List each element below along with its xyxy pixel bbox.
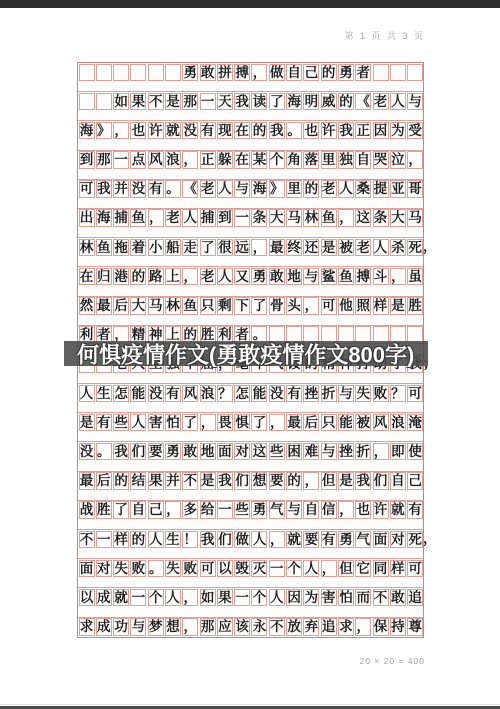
grid-cell: 面 [373, 531, 389, 549]
grid-cell: 归 [96, 268, 112, 286]
grid-cell: 船 [165, 239, 181, 257]
grid-cell: ， [148, 209, 164, 227]
grid-cell: 捕 [113, 209, 129, 227]
grid-spacer-row [78, 520, 423, 530]
grid-cell: 明 [303, 93, 319, 111]
watermark-title: 何惧疫情作文(勇敢疫情作文800字) [77, 338, 414, 369]
grid-cell: 威 [321, 93, 337, 111]
essay-line: 不一样的人生！我们做人，就要有勇气面对死， [78, 530, 423, 559]
grid-cell: 可 [407, 560, 423, 578]
grid-cell: 怕 [165, 414, 181, 432]
grid-row: 求成功与梦想，那应该永不放弃追求，保持尊 [78, 618, 423, 637]
grid-cell: 马 [407, 209, 423, 227]
grid-cell: 人 [251, 531, 267, 549]
grid-cell: ， [407, 151, 423, 169]
grid-spacer-row [78, 578, 423, 588]
grid-cell: 正 [200, 151, 216, 169]
grid-cell: 为 [303, 589, 319, 607]
grid-cell: 拖 [113, 239, 129, 257]
grid-cell: 可 [200, 560, 216, 578]
grid-cell: 角 [286, 151, 302, 169]
essay-line: 最后的结果并不是我们想要的，但是我们自己 [78, 472, 423, 501]
grid-cell: 人 [373, 239, 389, 257]
grid-spacer-row [78, 257, 423, 267]
grid-cell: 就 [165, 122, 181, 140]
grid-cell: 了 [182, 414, 198, 432]
grid-cell: 在 [79, 268, 95, 286]
grid-cell: 做 [269, 64, 285, 82]
grid-cell: 我 [96, 180, 112, 198]
grid-cell: 以 [217, 560, 233, 578]
grid-spacer-row [78, 403, 423, 413]
grid-cell: 哥 [407, 180, 423, 198]
grid-cell: 也 [303, 122, 319, 140]
grid-cell: 使 [407, 443, 423, 461]
grid-cell: 那 [182, 93, 198, 111]
essay-line: 面对失败。失败可以毁灭一个人，但它同样可 [78, 559, 423, 588]
grid-cell: 即 [390, 443, 406, 461]
grid-cell: 怎 [113, 385, 129, 403]
grid-cell: ， [355, 618, 371, 636]
grid-cell: 与 [407, 93, 423, 111]
grid-cell: 骨 [269, 297, 285, 315]
grid-cell: 它 [355, 560, 371, 578]
grid-cell: 浪 [165, 151, 181, 169]
grid-cell: 落 [303, 151, 319, 169]
grid-cell: 给 [200, 501, 216, 519]
grid-cell: 并 [113, 180, 129, 198]
grid-cell: 港 [113, 268, 129, 286]
grid-cell: 被 [338, 239, 354, 257]
grid-cell: 人 [182, 209, 198, 227]
grid-cell: 这 [251, 443, 267, 461]
grid-cell: 许 [373, 501, 389, 519]
grid-cell: 个 [286, 560, 302, 578]
grid-cell: 挫 [303, 385, 319, 403]
grid-cell: ， [269, 531, 285, 549]
grid-cell: 风 [148, 151, 164, 169]
grid-spacer-row [78, 461, 423, 471]
grid-cell: 搏 [355, 268, 371, 286]
grid-cell: 地 [286, 268, 302, 286]
grid-cell: ！ [182, 531, 198, 549]
grid-cell: 到 [217, 209, 233, 227]
grid-cell: 并 [165, 472, 181, 490]
grid-cell: 躲 [217, 151, 233, 169]
grid-cell: 鱼 [182, 297, 198, 315]
grid-row: 最后的结果并不是我们想要的，但是我们自己 [78, 472, 423, 491]
grid-cell: 能 [251, 385, 267, 403]
grid-cell: 些 [113, 414, 129, 432]
grid-cell: 出 [79, 209, 95, 227]
grid-cell [373, 64, 389, 82]
grid-cell [407, 64, 423, 82]
grid-spacer-row [78, 374, 423, 384]
grid-spacer-row [78, 140, 423, 150]
grid-cell: 了 [251, 414, 267, 432]
grid-cell: 鱼 [130, 209, 146, 227]
grid-cell: ， [182, 618, 198, 636]
grid-row: 面对失败。失败可以毁灭一个人，但它同样可 [78, 559, 423, 578]
grid-cell: 受 [407, 122, 423, 140]
grid-cell: 一 [200, 93, 216, 111]
grid-cell: 气 [355, 531, 371, 549]
grid-cell: 虽 [407, 268, 423, 286]
document-page: 第 1 页 共 3 页 勇敢拼搏，做自己的勇者如果不是那一天我读了海明威的《老人… [0, 0, 500, 709]
grid-cell: 一 [113, 151, 129, 169]
grid-cell: 一 [269, 560, 285, 578]
grid-cell: 有 [148, 180, 164, 198]
grid-cell: 勇 [165, 443, 181, 461]
grid-cell: 最 [96, 297, 112, 315]
grid-cell: 有 [407, 501, 423, 519]
grid-cell: 与 [338, 385, 354, 403]
grid-cell [96, 93, 112, 111]
grid-cell: 些 [234, 501, 250, 519]
grid-cell: 没 [182, 122, 198, 140]
grid-cell: 斗 [373, 268, 389, 286]
grid-cell: 弃 [303, 618, 319, 636]
page-indicator: 第 1 页 共 3 页 [344, 29, 425, 42]
grid-cell: 也 [355, 501, 371, 519]
grid-cell: 与 [130, 618, 146, 636]
grid-cell: ， [390, 268, 406, 286]
grid-cell: 人 [130, 414, 146, 432]
grid-cell: 与 [321, 443, 337, 461]
grid-cell: 林 [303, 209, 319, 227]
grid-cell: 持 [390, 618, 406, 636]
grid-cell: 梦 [148, 618, 164, 636]
grid-cell: 对 [96, 560, 112, 578]
grid-cell: 着 [130, 239, 146, 257]
grid-cell: 浪 [200, 385, 216, 403]
grid-cell: 我 [200, 531, 216, 549]
grid-cell: 己 [148, 501, 164, 519]
grid-cell: 老 [321, 180, 337, 198]
grid-cell: 。 [165, 180, 181, 198]
grid-cell: 里 [286, 180, 302, 198]
essay-line: 在归港的路上，老人又勇敢地与鲨鱼搏斗，虽 [78, 267, 423, 296]
grid-cell: 不 [79, 531, 95, 549]
grid-cell: 结 [130, 472, 146, 490]
grid-cell: 样 [373, 297, 389, 315]
grid-row: 出海捕鱼，老人捕到一条大马林鱼，这条大马 [78, 209, 423, 228]
grid-cell: 亚 [390, 180, 406, 198]
grid-cell: 样 [113, 531, 129, 549]
grid-cell: 海 [286, 93, 302, 111]
grid-cell: 想 [251, 472, 267, 490]
grid-cell: 是 [79, 414, 95, 432]
grid-cell: 许 [148, 122, 164, 140]
grid-cell: 对 [390, 531, 406, 549]
grid-cell: 鱼 [96, 239, 112, 257]
grid-cell: 些 [269, 443, 285, 461]
grid-cell: 是 [165, 93, 181, 111]
grid-cell: 林 [79, 239, 95, 257]
grid-cell: 然 [79, 297, 95, 315]
essay-line: 林鱼拖着小船走了很远，最终还是被老人杀死， [78, 238, 423, 267]
grid-cell: 可 [407, 385, 423, 403]
grid-cell: ， [251, 64, 267, 82]
grid-cell: 的 [338, 93, 354, 111]
grid-cell: 勇 [182, 64, 198, 82]
grid-cell: 胜 [407, 297, 423, 315]
grid-cell: 海 [79, 122, 95, 140]
grid-cell: 是 [200, 472, 216, 490]
grid-row: 可我并没有。《老人与海》里的老人桑提亚哥 [78, 180, 423, 199]
grid-cell: 《 [182, 180, 198, 198]
grid-cell: 人 [303, 560, 319, 578]
grid-cell: 应 [217, 618, 233, 636]
grid-spacer-row [78, 82, 423, 92]
grid-row: 战胜了自己，多给一些勇气与自信，也许就有 [78, 501, 423, 520]
essay-line: 求成功与梦想，那应该永不放弃追求，保持尊 [78, 618, 423, 637]
grid-cell: 折 [355, 443, 371, 461]
grid-cell: ， [182, 268, 198, 286]
grid-cell: 提 [373, 180, 389, 198]
grid-cell: 们 [373, 472, 389, 490]
grid-cell: 毁 [234, 560, 250, 578]
grid-cell: 求 [79, 618, 95, 636]
grid-spacer-row [78, 286, 423, 296]
grid-cell: 也 [130, 122, 146, 140]
grid-row: 以成就一个人，如果一个人因为害怕而不敢追 [78, 588, 423, 607]
grid-cell: 勇 [251, 268, 267, 286]
grid-cell: 老 [165, 209, 181, 227]
grid-spacer-row [78, 491, 423, 501]
grid-spacer-row [78, 170, 423, 180]
grid-cell [113, 64, 129, 82]
grid-cell: 就 [286, 531, 302, 549]
grid-cell: 我 [113, 443, 129, 461]
grid-cell: 老 [200, 180, 216, 198]
grid-cell: 没 [148, 385, 164, 403]
grid-cell: 大 [269, 209, 285, 227]
grid-cell: 败 [182, 560, 198, 578]
grid-cell: 信 [321, 501, 337, 519]
grid-cell: 为 [390, 122, 406, 140]
grid-cell: 做 [234, 531, 250, 549]
grid-cell: 人 [338, 180, 354, 198]
grid-cell: 追 [321, 618, 337, 636]
grid-cell: 最 [286, 414, 302, 432]
grid-cell: ， [182, 151, 198, 169]
grid-size-note: 20 × 20 = 400 [360, 656, 425, 666]
grid-cell: 下 [234, 297, 250, 315]
grid-cell: 如 [113, 93, 129, 111]
grid-cell: 走 [182, 239, 198, 257]
grid-cell: 永 [251, 618, 267, 636]
grid-cell: 的 [130, 531, 146, 549]
grid-cell: 面 [79, 560, 95, 578]
grid-cell: ， [251, 239, 267, 257]
grid-cell: 很 [217, 239, 233, 257]
grid-row: 林鱼拖着小船走了很远，最终还是被老人杀死， [78, 238, 423, 257]
grid-cell: 读 [251, 93, 267, 111]
grid-cell: 某 [251, 151, 267, 169]
grid-cell: 惧 [234, 414, 250, 432]
grid-cell: 对 [234, 443, 250, 461]
grid-cell: 后 [303, 414, 319, 432]
grid-cell: 最 [79, 472, 95, 490]
grid-cell: 该 [234, 618, 250, 636]
essay-line: 没。我们要勇敢地面对这些困难与挫折，即使 [78, 442, 423, 471]
top-border-bar [0, 0, 500, 8]
grid-cell: 勇 [338, 531, 354, 549]
grid-cell: 一 [217, 501, 233, 519]
grid-cell: 鱼 [321, 209, 337, 227]
essay-line: 是有些人害怕了，畏惧了，最后只能被风浪淹 [78, 413, 423, 442]
grid-cell: 人 [148, 531, 164, 549]
grid-cell: 难 [303, 443, 319, 461]
essay-line: 出海捕鱼，老人捕到一条大马林鱼，这条大马 [78, 209, 423, 238]
grid-cell: 一 [130, 589, 146, 607]
grid-cell: 个 [269, 151, 285, 169]
grid-cell: ， [200, 414, 216, 432]
grid-cell: 有 [165, 385, 181, 403]
grid-cell: 照 [355, 297, 371, 315]
grid-cell: 鲨 [321, 268, 337, 286]
grid-cell: 我 [234, 93, 250, 111]
grid-row: 不一样的人生！我们做人，就要有勇气面对死， [78, 530, 423, 549]
grid-cell: 还 [303, 239, 319, 257]
grid-cell: 失 [165, 560, 181, 578]
grid-cell: 者 [355, 64, 371, 82]
essay-line: 人生怎能没有风浪？怎能没有挫折与失败？可 [78, 384, 423, 413]
grid-cell: 他 [338, 297, 354, 315]
grid-cell: ， [269, 414, 285, 432]
grid-cell: 敢 [182, 443, 198, 461]
grid-cell: 有 [321, 531, 337, 549]
grid-cell: 杀 [390, 239, 406, 257]
grid-cell: 鱼 [338, 268, 354, 286]
grid-cell: ， [113, 122, 129, 140]
grid-cell: 泣 [390, 151, 406, 169]
grid-cell: 大 [130, 297, 146, 315]
grid-cell: 但 [338, 560, 354, 578]
grid-spacer-row [78, 111, 423, 121]
grid-cell: 《 [355, 93, 371, 111]
grid-cell: 人 [217, 180, 233, 198]
grid-cell: 而 [355, 589, 371, 607]
grid-cell: 正 [355, 122, 371, 140]
grid-cell: 最 [269, 239, 285, 257]
essay-line: 以成就一个人，如果一个人因为害怕而不敢追 [78, 588, 423, 617]
grid-cell: 头 [286, 297, 302, 315]
grid-cell: 怎 [234, 385, 250, 403]
grid-cell: 保 [373, 618, 389, 636]
grid-cell: 可 [321, 297, 337, 315]
grid-cell: 在 [234, 151, 250, 169]
grid-spacer-row [78, 607, 423, 617]
grid-cell: 是 [338, 472, 354, 490]
grid-cell: 因 [373, 122, 389, 140]
grid-cell: 自 [355, 151, 371, 169]
grid-cell: 只 [321, 414, 337, 432]
grid-cell: 我 [355, 472, 371, 490]
grid-cell: 的 [113, 472, 129, 490]
hanging-punctuation: ， [423, 530, 437, 549]
grid-cell: 能 [338, 414, 354, 432]
grid-cell: 一 [234, 589, 250, 607]
grid-cell: 果 [217, 589, 233, 607]
grid-cell: 畏 [217, 414, 233, 432]
grid-cell: 面 [217, 443, 233, 461]
grid-cell: 有 [96, 414, 112, 432]
grid-cell: 。 [96, 443, 112, 461]
grid-cell: 因 [286, 589, 302, 607]
grid-cell: 没 [79, 443, 95, 461]
grid-spacer-row [78, 199, 423, 209]
grid-cell: 的 [286, 472, 302, 490]
essay-line: 如果不是那一天我读了海明威的《老人与 [78, 92, 423, 121]
grid-cell: 不 [373, 589, 389, 607]
grid-cell: 果 [148, 472, 164, 490]
grid-cell: 多 [182, 501, 198, 519]
grid-cell: ， [303, 472, 319, 490]
grid-cell: 林 [165, 297, 181, 315]
grid-cell: 风 [373, 414, 389, 432]
grid-cell: 了 [200, 239, 216, 257]
grid-cell: 点 [130, 151, 146, 169]
grid-cell: 被 [355, 414, 371, 432]
essay-line: 战胜了自己，多给一些勇气与自信，也许就有 [78, 501, 423, 530]
grid-cell: 》 [96, 122, 112, 140]
grid-cell: 是 [321, 239, 337, 257]
grid-cell: 那 [96, 151, 112, 169]
grid-cell: 功 [113, 618, 129, 636]
grid-cell: 们 [130, 443, 146, 461]
grid-cell: 终 [286, 239, 302, 257]
grid-cell: 死 [407, 239, 423, 257]
grid-cell: 追 [407, 589, 423, 607]
grid-cell: ， [321, 560, 337, 578]
grid-cell [79, 93, 95, 111]
grid-cell: 马 [148, 297, 164, 315]
grid-cell: ， [303, 297, 319, 315]
grid-cell: 哭 [373, 151, 389, 169]
grid-cell: 勇 [251, 501, 267, 519]
grid-cell: 条 [251, 209, 267, 227]
grid-spacer-row [78, 228, 423, 238]
grid-cell: 自 [286, 64, 302, 82]
grid-cell: 尊 [407, 618, 423, 636]
grid-cell: 成 [96, 618, 112, 636]
grid-cell: 我 [217, 472, 233, 490]
essay-line: 勇敢拼搏，做自己的勇者 [78, 63, 423, 92]
grid-cell: ， [182, 589, 198, 607]
grid-cell [130, 64, 146, 82]
grid-cell: 小 [148, 239, 164, 257]
grid-cell: 困 [286, 443, 302, 461]
grid-cell: ？ [217, 385, 233, 403]
grid-cell: 与 [303, 268, 319, 286]
grid-spacer-row [78, 432, 423, 442]
grid-cell: 我 [269, 122, 285, 140]
grid-cell [79, 64, 95, 82]
grid-row: 勇敢拼搏，做自己的勇者 [78, 63, 423, 82]
grid-cell: 个 [148, 589, 164, 607]
essay-line: 到那一点风浪，正躲在某个角落里独自哭泣， [78, 151, 423, 180]
grid-cell: 可 [79, 180, 95, 198]
grid-cell: 害 [148, 414, 164, 432]
grid-cell: 的 [303, 180, 319, 198]
watermark-band: 何惧疫情作文(勇敢疫情作文800字) [64, 341, 428, 366]
grid-cell: 天 [217, 93, 233, 111]
grid-cell: 远 [234, 239, 250, 257]
grid-cell: 与 [286, 501, 302, 519]
grid-cell: 大 [390, 209, 406, 227]
